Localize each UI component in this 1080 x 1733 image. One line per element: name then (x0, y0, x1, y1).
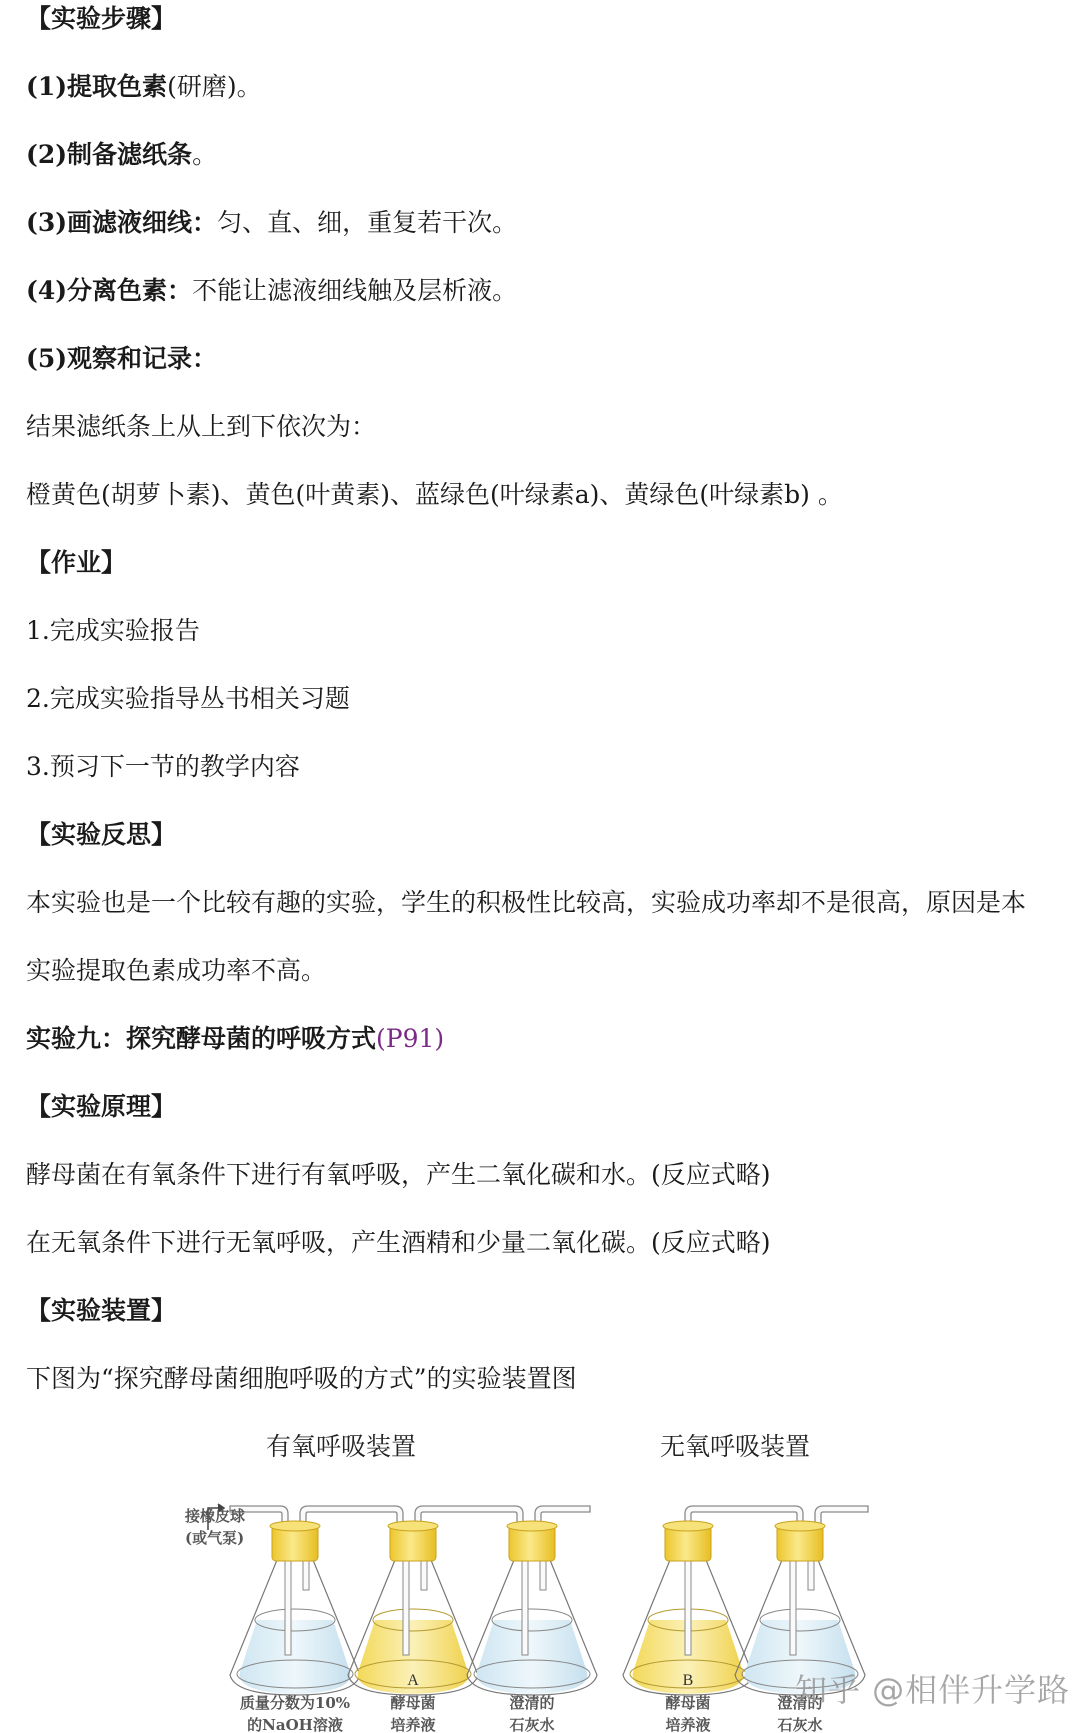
flask-label-yeast-b-line-2: 培养液 (638, 1714, 738, 1733)
pump-label-line-2: (或气泵) (185, 1527, 245, 1549)
flask-naoh (230, 1521, 360, 1695)
step-1-label: (1)提取色素 (26, 72, 167, 101)
result-intro: 结果滤纸条上从上到下依次为： (26, 410, 376, 444)
step-3-text: 匀、直、细，重复若干次。 (217, 208, 517, 237)
heading-steps: 【实验步骤】 (26, 2, 176, 36)
pump-label: 接橡皮球 (或气泵) (185, 1505, 245, 1549)
flask-label-limewater-1-line-2: 石灰水 (482, 1714, 582, 1733)
step-2-text: 。 (192, 140, 217, 169)
flask-a-mark: A (407, 1672, 419, 1689)
step-2-label: (2)制备滤纸条 (26, 140, 192, 169)
flask-label-yeast-b-line-1: 酵母菌 (638, 1692, 738, 1714)
step-1-text: (研磨)。 (167, 72, 262, 101)
homework-item-2: 2.完成实验指导丛书相关习题 (26, 682, 350, 716)
heading-principle: 【实验原理】 (26, 1090, 176, 1124)
heading-homework: 【作业】 (26, 546, 126, 580)
result-colors: 橙黄色(胡萝卜素)、黄色(叶黄素)、蓝绿色(叶绿素a)、黄绿色(叶绿素b) 。 (26, 478, 843, 512)
watermark: 知乎 @相伴升学路 (795, 1665, 1070, 1711)
apparatus-intro: 下图为“探究酵母菌细胞呼吸的方式”的实验装置图 (26, 1362, 577, 1396)
pump-label-line-1: 接橡皮球 (185, 1505, 245, 1527)
step-4-label: (4)分离色素： (26, 276, 192, 305)
flask-label-limewater-1-line-1: 澄清的 (482, 1692, 582, 1714)
experiment-9-title-text: 实验九：探究酵母菌的呼吸方式 (26, 1024, 376, 1053)
principle-line-1: 酵母菌在有氧条件下进行有氧呼吸，产生二氧化碳和水。(反应式略) (26, 1158, 771, 1192)
step-1: (1)提取色素(研磨)。 (26, 70, 262, 104)
flask-b-mark: B (683, 1672, 694, 1689)
flask-label-limewater-1: 澄清的 石灰水 (482, 1692, 582, 1733)
flask-limewater-1 (467, 1521, 597, 1695)
flask-b-yeast: B (623, 1521, 753, 1695)
flask-a-yeast: A (348, 1521, 478, 1695)
flask-label-naoh: 质量分数为10% 的NaOH溶液 (230, 1692, 360, 1733)
page-reference-link[interactable]: (P91) (376, 1024, 444, 1053)
heading-reflection: 【实验反思】 (26, 818, 176, 852)
flask-label-yeast-a: 酵母菌 培养液 (363, 1692, 463, 1733)
reflection-line-2: 实验提取色素成功率不高。 (26, 954, 326, 988)
heading-apparatus: 【实验装置】 (26, 1294, 176, 1328)
step-3: (3)画滤液细线：匀、直、细，重复若干次。 (26, 206, 517, 240)
step-5: (5)观察和记录： (26, 342, 217, 376)
step-5-label: (5)观察和记录： (26, 344, 217, 373)
flask-label-yeast-b: 酵母菌 培养液 (638, 1692, 738, 1733)
principle-line-2: 在无氧条件下进行无氧呼吸，产生酒精和少量二氧化碳。(反应式略) (26, 1226, 771, 1260)
flask-label-naoh-line-2: 的NaOH溶液 (230, 1714, 360, 1733)
flask-label-yeast-a-line-2: 培养液 (363, 1714, 463, 1733)
homework-item-1: 1.完成实验报告 (26, 614, 200, 648)
flask-label-naoh-line-1: 质量分数为10% (230, 1692, 360, 1714)
flask-label-limewater-2-line-2: 石灰水 (750, 1714, 850, 1733)
reflection-line-1: 本实验也是一个比较有趣的实验，学生的积极性比较高，实验成功率却不是很高，原因是本 (26, 886, 1026, 920)
flask-label-yeast-a-line-1: 酵母菌 (363, 1692, 463, 1714)
step-3-label: (3)画滤液细线： (26, 208, 217, 237)
step-4: (4)分离色素：不能让滤液细线触及层析液。 (26, 274, 517, 308)
step-2: (2)制备滤纸条。 (26, 138, 217, 172)
homework-item-3: 3.预习下一节的教学内容 (26, 750, 300, 784)
step-4-text: 不能让滤液细线触及层析液。 (192, 276, 517, 305)
experiment-9-title: 实验九：探究酵母菌的呼吸方式(P91) (26, 1022, 444, 1056)
